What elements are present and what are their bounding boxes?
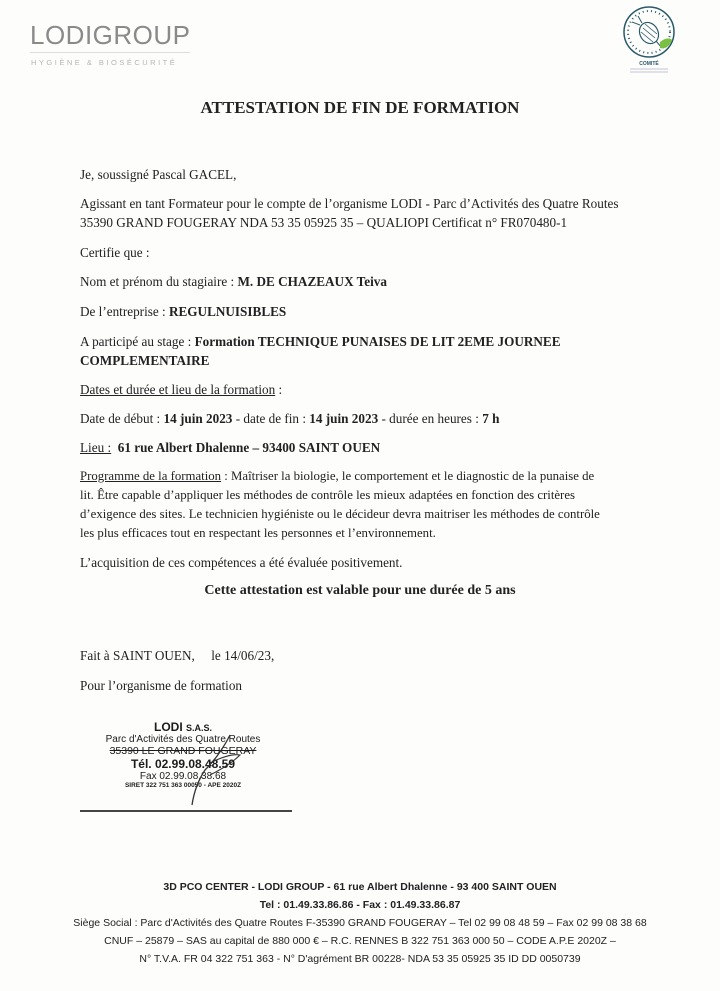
- trainee-value: M. DE CHAZEAUX Teiva: [237, 274, 386, 289]
- trainee-line: Nom et prénom du stagiaire : M. DE CHAZE…: [80, 272, 640, 291]
- made-at: Fait à SAINT OUEN,: [80, 648, 195, 663]
- course-label: A participé au stage :: [80, 334, 195, 349]
- bedbug-icon: COMITÉ: [616, 4, 682, 78]
- logo-divider: [30, 52, 190, 53]
- end-date: 14 juin 2023: [309, 411, 378, 426]
- program-label: Programme de la formation: [80, 469, 221, 483]
- company-value: REGULNUISIBLES: [169, 304, 286, 319]
- footer-line-2: Tel : 01.49.33.86.86 - Fax : 01.49.33.86…: [0, 899, 720, 911]
- start-date: 14 juin 2023: [164, 411, 233, 426]
- dates-line: Date de début : 14 juin 2023 - date de f…: [80, 409, 640, 428]
- svg-text:COMITÉ: COMITÉ: [639, 59, 659, 67]
- certifie-label: Certifie que :: [80, 243, 640, 262]
- acting-as-paragraph: Agissant en tant Formateur pour le compt…: [80, 194, 640, 232]
- dates-heading: Dates et durée et lieu de la formation: [80, 382, 275, 397]
- acting-line-1: Agissant en tant Formateur pour le compt…: [80, 194, 640, 213]
- acting-line-2: 35390 GRAND FOUGERAY NDA 53 35 05925 35 …: [80, 213, 640, 232]
- company-line: De l’entreprise : REGULNUISIBLES: [80, 302, 640, 321]
- course-value-line-2: COMPLEMENTAIRE: [80, 351, 640, 370]
- footer-line-5: N° T.V.A. FR 04 322 751 363 - N° D'agrém…: [0, 953, 720, 965]
- place-line: Lieu : 61 rue Albert Dhalenne – 93400 SA…: [80, 438, 640, 457]
- signature: [80, 715, 300, 815]
- course-value-line-1: Formation TECHNIQUE PUNAISES DE LIT 2EME…: [195, 334, 561, 349]
- place-label: Lieu :: [80, 440, 111, 455]
- comite-badge: COMITÉ: [616, 4, 682, 78]
- trainee-label: Nom et prénom du stagiaire :: [80, 274, 237, 289]
- made-date: le 14/06/23,: [211, 648, 274, 663]
- course-line: A participé au stage : Formation TECHNIQ…: [80, 332, 640, 370]
- for-organisation-line: Pour l’organisme de formation: [80, 676, 640, 695]
- evaluation-line: L’acquisition de ces compétences a été é…: [80, 553, 640, 572]
- signatory-line: Je, soussigné Pascal GACEL,: [80, 165, 640, 184]
- document-title: ATTESTATION DE FIN DE FORMATION: [0, 98, 720, 118]
- footer-line-4: CNUF – 25879 – SAS au capital de 880 000…: [0, 935, 720, 947]
- footer-line-3: Siège Social : Parc d'Activités des Quat…: [0, 917, 720, 929]
- footer-line-1: 3D PCO CENTER - LODI GROUP - 61 rue Albe…: [0, 881, 720, 893]
- validity-statement: Cette attestation est valable pour une d…: [0, 583, 720, 599]
- duration-value: 7 h: [482, 411, 499, 426]
- company-tagline: HYGIÈNE & BIOSÉCURITÉ: [31, 58, 177, 67]
- company-logo: LODIGROUP: [30, 20, 191, 51]
- company-label: De l’entreprise :: [80, 304, 169, 319]
- program-paragraph: Programme de la formation : Maîtriser la…: [80, 467, 640, 543]
- dates-heading-line: Dates et durée et lieu de la formation :: [80, 380, 640, 399]
- place-value: 61 rue Albert Dhalenne – 93400 SAINT OUE…: [118, 440, 380, 455]
- made-at-line: Fait à SAINT OUEN, le 14/06/23,: [80, 646, 640, 665]
